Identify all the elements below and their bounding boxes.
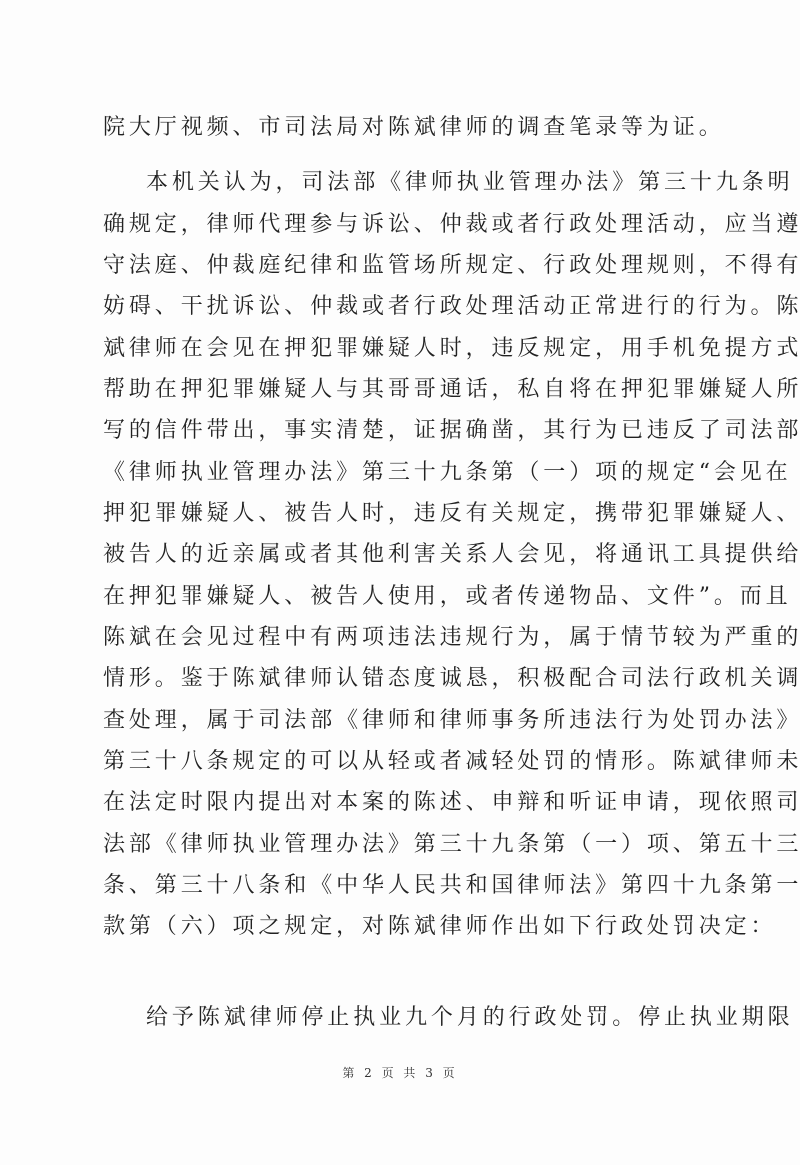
page-number-footer: 第 2 页 共 3 页: [0, 1064, 800, 1081]
document-page: 院大厅视频、市司法局对陈斌律师的调查笔录等为证。 本机关认为，司法部《律师执业管…: [0, 0, 800, 1165]
paragraph-2-line-16: 在法定时限内提出对本案的陈述、申辩和听证申请，现依照司: [103, 788, 723, 818]
paragraph-2-line-11: 在押犯罪嫌疑人、被告人使用，或者传递物品、文件”。而且: [103, 582, 723, 612]
paragraph-2-line-13: 情形。鉴于陈斌律师认错态度诚恳，积极配合司法行政机关调: [103, 664, 723, 694]
paragraph-2-line-5: 斌律师在会见在押犯罪嫌疑人时，违反规定，用手机免提方式: [103, 334, 723, 364]
paragraph-2-line-7: 写的信件带出，事实清楚，证据确凿，其行为已违反了司法部: [103, 416, 723, 446]
paragraph-2-line-1: 本机关认为，司法部《律师执业管理办法》第三十九条明: [146, 168, 766, 198]
paragraph-2-line-15: 第三十八条规定的可以从轻或者减轻处罚的情形。陈斌律师未: [103, 747, 723, 777]
paragraph-2-line-2: 确规定，律师代理参与诉讼、仲裁或者行政处理活动，应当遵: [103, 210, 723, 240]
paragraph-2-line-3: 守法庭、仲裁庭纪律和监管场所规定、行政处理规则，不得有: [103, 251, 723, 281]
paragraph-2-line-12: 陈斌在会见过程中有两项违法违规行为，属于情节较为严重的: [103, 623, 723, 653]
paragraph-2-line-17: 法部《律师执业管理办法》第三十九条第（一）项、第五十三: [103, 830, 723, 860]
paragraph-2-line-6: 帮助在押犯罪嫌疑人与其哥哥通话，私自将在押犯罪嫌疑人所: [103, 375, 723, 405]
paragraph-2-line-19: 款第（六）项之规定，对陈斌律师作出如下行政处罚决定：: [103, 912, 723, 942]
paragraph-2-line-9: 押犯罪嫌疑人、被告人时，违反有关规定，携带犯罪嫌疑人、: [103, 499, 723, 529]
paragraph-2-line-10: 被告人的近亲属或者其他利害关系人会见，将通讯工具提供给: [103, 540, 723, 570]
paragraph-2-line-14: 查处理，属于司法部《律师和律师事务所违法行为处罚办法》: [103, 706, 723, 736]
paragraph-2-line-8: 《律师执业管理办法》第三十九条第（一）项的规定“会见在: [103, 458, 723, 488]
paragraph-1-line-1: 院大厅视频、市司法局对陈斌律师的调查笔录等为证。: [103, 113, 723, 143]
paragraph-3-line-1: 给予陈斌律师停止执业九个月的行政处罚。停止执业期限: [146, 1003, 766, 1033]
paragraph-2-line-18: 条、第三十八条和《中华人民共和国律师法》第四十九条第一: [103, 871, 723, 901]
paragraph-2-line-4: 妨碍、干扰诉讼、仲裁或者行政处理活动正常进行的行为。陈: [103, 292, 723, 322]
